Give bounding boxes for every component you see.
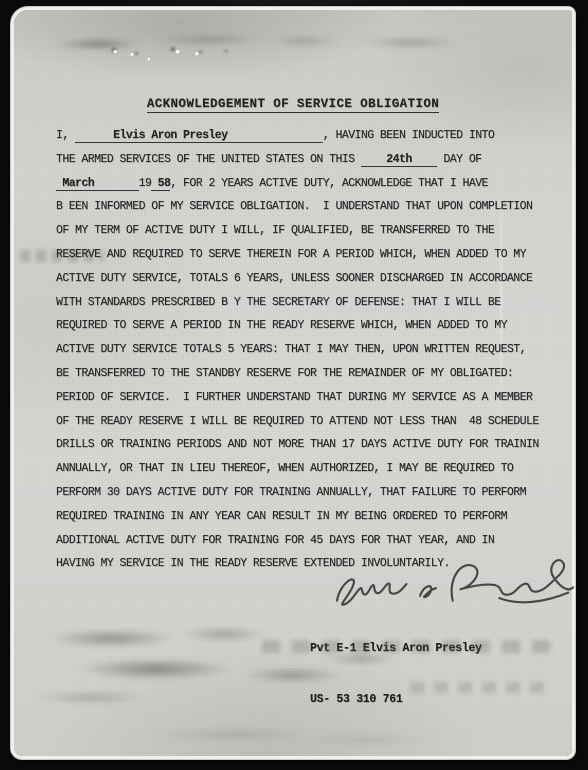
signature-stroke-middle — [420, 586, 437, 597]
body-text-segment: PERFORM 30 DAYS ACTIVE DUTY FOR TRAINING… — [56, 486, 526, 499]
body-line: RESERVE AND REQUIRED TO SERVE THEREIN FO… — [56, 243, 561, 267]
white-paper-flecks — [108, 46, 228, 60]
signature-stroke-presley — [451, 560, 574, 601]
form-fill-in: Elvis Aron Presley — [75, 129, 323, 143]
document-title-text: ACKNOWLEDGEMENT OF SERVICE OBLIGATION — [147, 97, 439, 113]
body-line: I, Elvis Aron Presley , HAVING BEEN INDU… — [56, 124, 561, 148]
body-text-segment: ACTIVE DUTY SERVICE, TOTALS 6 YEARS, UNL… — [56, 272, 532, 285]
body-line: March 19 58, FOR 2 YEARS ACTIVE DUTY, AC… — [56, 172, 561, 196]
body-text-segment: ADDITIONAL ACTIVE DUTY FOR TRAINING FOR … — [56, 534, 494, 547]
faded-stamp-smudge — [32, 26, 472, 56]
body-text-segment: OF THE READY RESERVE I WILL BE REQUIRED … — [56, 415, 539, 428]
signature-service-number: US- 53 310 761 — [310, 691, 482, 708]
body-line: ACTIVE DUTY SERVICE, TOTALS 6 YEARS, UNL… — [56, 267, 561, 291]
body-line: DRILLS OR TRAINING PERIODS AND NOT MORE … — [56, 433, 561, 457]
body-text-segment: PERIOD OF SERVICE. I FURTHER UNDERSTAND … — [56, 391, 532, 404]
body-line: PERIOD OF SERVICE. I FURTHER UNDERSTAND … — [56, 386, 561, 410]
body-line: WITH STANDARDS PRESCRIBED B Y THE SECRET… — [56, 291, 561, 315]
body-line: BE TRANSFERRED TO THE STANDBY RESERVE FO… — [56, 362, 561, 386]
body-text-segment: RESERVE AND REQUIRED TO SERVE THEREIN FO… — [56, 248, 526, 261]
body-text-segment: B EEN INFORMED OF MY SERVICE OBLIGATION.… — [56, 200, 532, 213]
body-text-segment: 19 — [139, 177, 152, 190]
document-paper: ACKNOWLEDGEMENT OF SERVICE OBLIGATION I,… — [14, 10, 572, 756]
body-line: OF THE READY RESERVE I WILL BE REQUIRED … — [56, 410, 561, 434]
body-line: ADDITIONAL ACTIVE DUTY FOR TRAINING FOR … — [56, 529, 561, 553]
body-text-segment: , FOR 2 YEARS ACTIVE DUTY, ACKNOWLEDGE T… — [170, 177, 488, 190]
body-text-segment: WITH STANDARDS PRESCRIBED B Y THE SECRET… — [56, 296, 501, 309]
form-fill-in: 24th — [361, 153, 437, 167]
body-text-segment: DRILLS OR TRAINING PERIODS AND NOT MORE … — [56, 438, 539, 451]
stamp-ink-dots — [100, 42, 240, 60]
body-line: B EEN INFORMED OF MY SERVICE OBLIGATION.… — [56, 195, 561, 219]
document-title: ACKNOWLEDGEMENT OF SERVICE OBLIGATION — [14, 97, 572, 111]
signature-block: Pvt E-1 Elvis Aron Presley US- 53 310 76… — [310, 606, 482, 742]
body-text-segment: DAY OF — [437, 153, 481, 166]
body-line: ACTIVE DUTY SERVICE TOTALS 5 YEARS: THAT… — [56, 338, 561, 362]
body-text-segment: REQUIRED TRAINING IN ANY YEAR CAN RESULT… — [56, 510, 507, 523]
body-text-segment: REQUIRED TO SERVE A PERIOD IN THE READY … — [56, 319, 507, 332]
body-text-segment: OF MY TERM OF ACTIVE DUTY I WILL, IF QUA… — [56, 224, 494, 237]
body-text-segment: BE TRANSFERRED TO THE STANDBY RESERVE FO… — [56, 367, 513, 380]
body-text-segment: , HAVING BEEN INDUCTED INTO — [323, 129, 494, 142]
body-text-segment: ANNUALLY, OR THAT IN LIEU THEREOF, WHEN … — [56, 462, 513, 475]
document-body: I, Elvis Aron Presley , HAVING BEEN INDU… — [56, 124, 561, 576]
body-line: PERFORM 30 DAYS ACTIVE DUTY FOR TRAINING… — [56, 481, 561, 505]
body-line: REQUIRED TRAINING IN ANY YEAR CAN RESULT… — [56, 505, 561, 529]
form-fill-in: 58 — [151, 177, 170, 191]
body-text-segment: THE ARMED SERVICES OF THE UNITED STATES … — [56, 153, 361, 166]
body-line: REQUIRED TO SERVE A PERIOD IN THE READY … — [56, 314, 561, 338]
signature-rank-name: Pvt E-1 Elvis Aron Presley — [310, 640, 482, 657]
body-text-segment: I, — [56, 129, 75, 142]
form-fill-in: March — [56, 177, 139, 191]
body-line: OF MY TERM OF ACTIVE DUTY I WILL, IF QUA… — [56, 219, 561, 243]
photo-background: ACKNOWLEDGEMENT OF SERVICE OBLIGATION I,… — [0, 0, 588, 770]
body-text-segment: ACTIVE DUTY SERVICE TOTALS 5 YEARS: THAT… — [56, 343, 526, 356]
signature-stroke-elvis — [336, 578, 407, 605]
body-line: ANNUALLY, OR THAT IN LIEU THEREOF, WHEN … — [56, 457, 561, 481]
body-line: THE ARMED SERVICES OF THE UNITED STATES … — [56, 148, 561, 172]
